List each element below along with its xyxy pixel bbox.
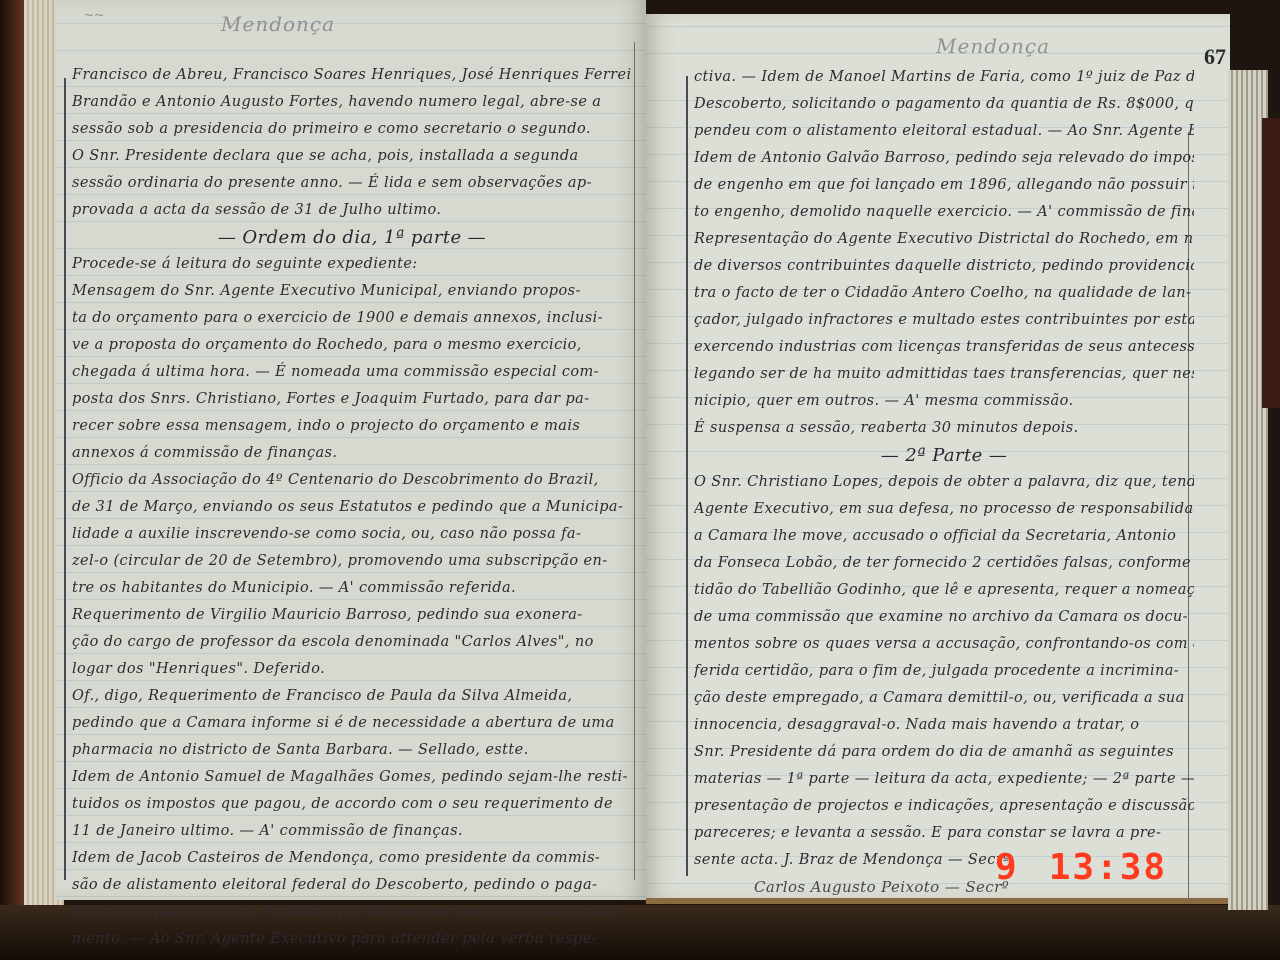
- text-line: ta do orçamento para o exercicio de 1900…: [72, 305, 632, 332]
- text-line: ctiva. — Idem de Manoel Martins de Faria…: [694, 64, 1194, 91]
- text-line: provada a acta da sessão de 31 de Julho …: [72, 197, 632, 224]
- text-line: sessão ordinaria do presente anno. — É l…: [72, 170, 632, 197]
- running-head: Mendonça: [936, 34, 1050, 58]
- text-line: pareceres; e levanta a sessão. E para co…: [694, 820, 1194, 847]
- text-line: çador, julgado infractores e multado est…: [694, 307, 1194, 334]
- bookmark-tab: [1262, 118, 1280, 408]
- text-line: Officio da Associação do 4º Centenario d…: [72, 467, 632, 494]
- page-number: 67: [1204, 44, 1226, 70]
- text-line: da Fonseca Lobão, de ter fornecido 2 cer…: [694, 550, 1194, 577]
- text-line: ção deste empregado, a Camara demittil-o…: [694, 685, 1194, 712]
- text-line: de uma commissão que examine no archivo …: [694, 604, 1194, 631]
- text-line: ferida certidão, para o fim de, julgada …: [694, 658, 1194, 685]
- text-line: exercendo industrias com licenças transf…: [694, 334, 1194, 361]
- text-line: tuidos os impostos que pagou, de accordo…: [72, 791, 632, 818]
- text-line: É suspensa a sessão, reaberta 30 minutos…: [694, 415, 1194, 442]
- text-line: Brandão e Antonio Augusto Fortes, havend…: [72, 89, 632, 116]
- text-line: 11 de Janeiro ultimo. — A' commissão de …: [72, 818, 632, 845]
- section-heading: — Ordem do dia, 1ª parte —: [72, 224, 632, 251]
- text-line: Of., digo, Requerimento de Francisco de …: [72, 683, 632, 710]
- handwritten-text-block: ctiva. — Idem de Manoel Martins de Faria…: [694, 64, 1194, 901]
- text-line: ção do cargo de professor da escola deno…: [72, 629, 632, 656]
- left-page: ~~ Mendonça Francisco de Abreu, Francisc…: [56, 0, 646, 900]
- text-line: O Snr. Christiano Lopes, depois de obter…: [694, 469, 1194, 496]
- text-line: Procede-se á leitura do seguinte expedie…: [72, 251, 632, 278]
- text-line: nicipio, quer em outros. — A' mesma comm…: [694, 388, 1194, 415]
- text-line: chegada á ultima hora. — É nomeada uma c…: [72, 359, 632, 386]
- text-line: annexos á commissão de finanças.: [72, 440, 632, 467]
- text-line: Mensagem do Snr. Agente Executivo Munici…: [72, 278, 632, 305]
- text-line: mentos sobre os quaes versa a accusação,…: [694, 631, 1194, 658]
- text-line: O Snr. Presidente declara que se acha, p…: [72, 143, 632, 170]
- text-line: posta dos Snrs. Christiano, Fortes e Joa…: [72, 386, 632, 413]
- text-line: Requerimento de Virgilio Mauricio Barros…: [72, 602, 632, 629]
- text-line: Agente Executivo, em sua defesa, no proc…: [694, 496, 1194, 523]
- text-line: pharmacia no districto de Santa Barbara.…: [72, 737, 632, 764]
- text-line: materias — 1ª parte — leitura da acta, e…: [694, 766, 1194, 793]
- text-line: Descoberto, solicitando o pagamento da q…: [694, 91, 1194, 118]
- margin-rule-left: [64, 78, 66, 880]
- text-line: a Camara lhe move, accusado o official d…: [694, 523, 1194, 550]
- text-line: Idem de Antonio Samuel de Magalhães Gome…: [72, 764, 632, 791]
- text-line: ve a proposta do orçamento do Rochedo, p…: [72, 332, 632, 359]
- text-line: presentação de projectos e indicações, a…: [694, 793, 1194, 820]
- text-line: mento. — Ao Snr. Agente Executivo para a…: [72, 926, 632, 953]
- text-line: to engenho, demolido naquelle exercicio.…: [694, 199, 1194, 226]
- section-heading: — 2ª Parte —: [694, 442, 1194, 469]
- text-line: Snr. Presidente dá para ordem do dia de …: [694, 739, 1194, 766]
- text-line: tre os habitantes do Municipio. — A' com…: [72, 575, 632, 602]
- text-line: logar dos "Henriques". Deferido.: [72, 656, 632, 683]
- text-line: são de alistamento eleitoral federal do …: [72, 872, 632, 899]
- text-line: lidade a auxilie inscrevendo-se como soc…: [72, 521, 632, 548]
- timestamp-time: 13:38: [1049, 847, 1167, 888]
- text-line: pendeu com o alistamento eleitoral estad…: [694, 118, 1194, 145]
- margin-rule-right: [634, 42, 635, 880]
- timestamp-day: 9: [995, 847, 1019, 888]
- text-line: innocencia, desaggraval-o. Nada mais hav…: [694, 712, 1194, 739]
- camera-timestamp-overlay: 913:38: [995, 847, 1167, 888]
- text-line: tra o facto de ter o Cidadão Antero Coel…: [694, 280, 1194, 307]
- right-page: Mendonça 67 ctiva. — Idem de Manoel Mart…: [646, 14, 1230, 904]
- text-line: de 31 de Março, enviando os seus Estatut…: [72, 494, 632, 521]
- handwritten-text-block: Francisco de Abreu, Francisco Soares Hen…: [72, 62, 632, 953]
- text-line: sessão sob a presidencia do primeiro e c…: [72, 116, 632, 143]
- text-line: Idem de Jacob Casteiros de Mendonça, com…: [72, 845, 632, 872]
- text-line: mento da quantia de Rs. 75$000, que desp…: [72, 899, 632, 926]
- running-head: Mendonça: [221, 12, 335, 36]
- text-line: pedindo que a Camara informe si é de nec…: [72, 710, 632, 737]
- text-line: Idem de Antonio Galvão Barroso, pedindo …: [694, 145, 1194, 172]
- corner-pencil-mark: ~~: [84, 8, 104, 22]
- text-line: de engenho em que foi lançado em 1896, a…: [694, 172, 1194, 199]
- text-line: recer sobre essa mensagem, indo o projec…: [72, 413, 632, 440]
- text-line: Representação do Agente Executivo Distri…: [694, 226, 1194, 253]
- text-line: Francisco de Abreu, Francisco Soares Hen…: [72, 62, 632, 89]
- text-line: legando ser de ha muito admittidas taes …: [694, 361, 1194, 388]
- text-line: de diversos contribuintes daquelle distr…: [694, 253, 1194, 280]
- text-line: zel-o (circular de 20 de Setembro), prom…: [72, 548, 632, 575]
- text-line: tidão do Tabellião Godinho, que lê e apr…: [694, 577, 1194, 604]
- margin-rule-left: [686, 76, 688, 876]
